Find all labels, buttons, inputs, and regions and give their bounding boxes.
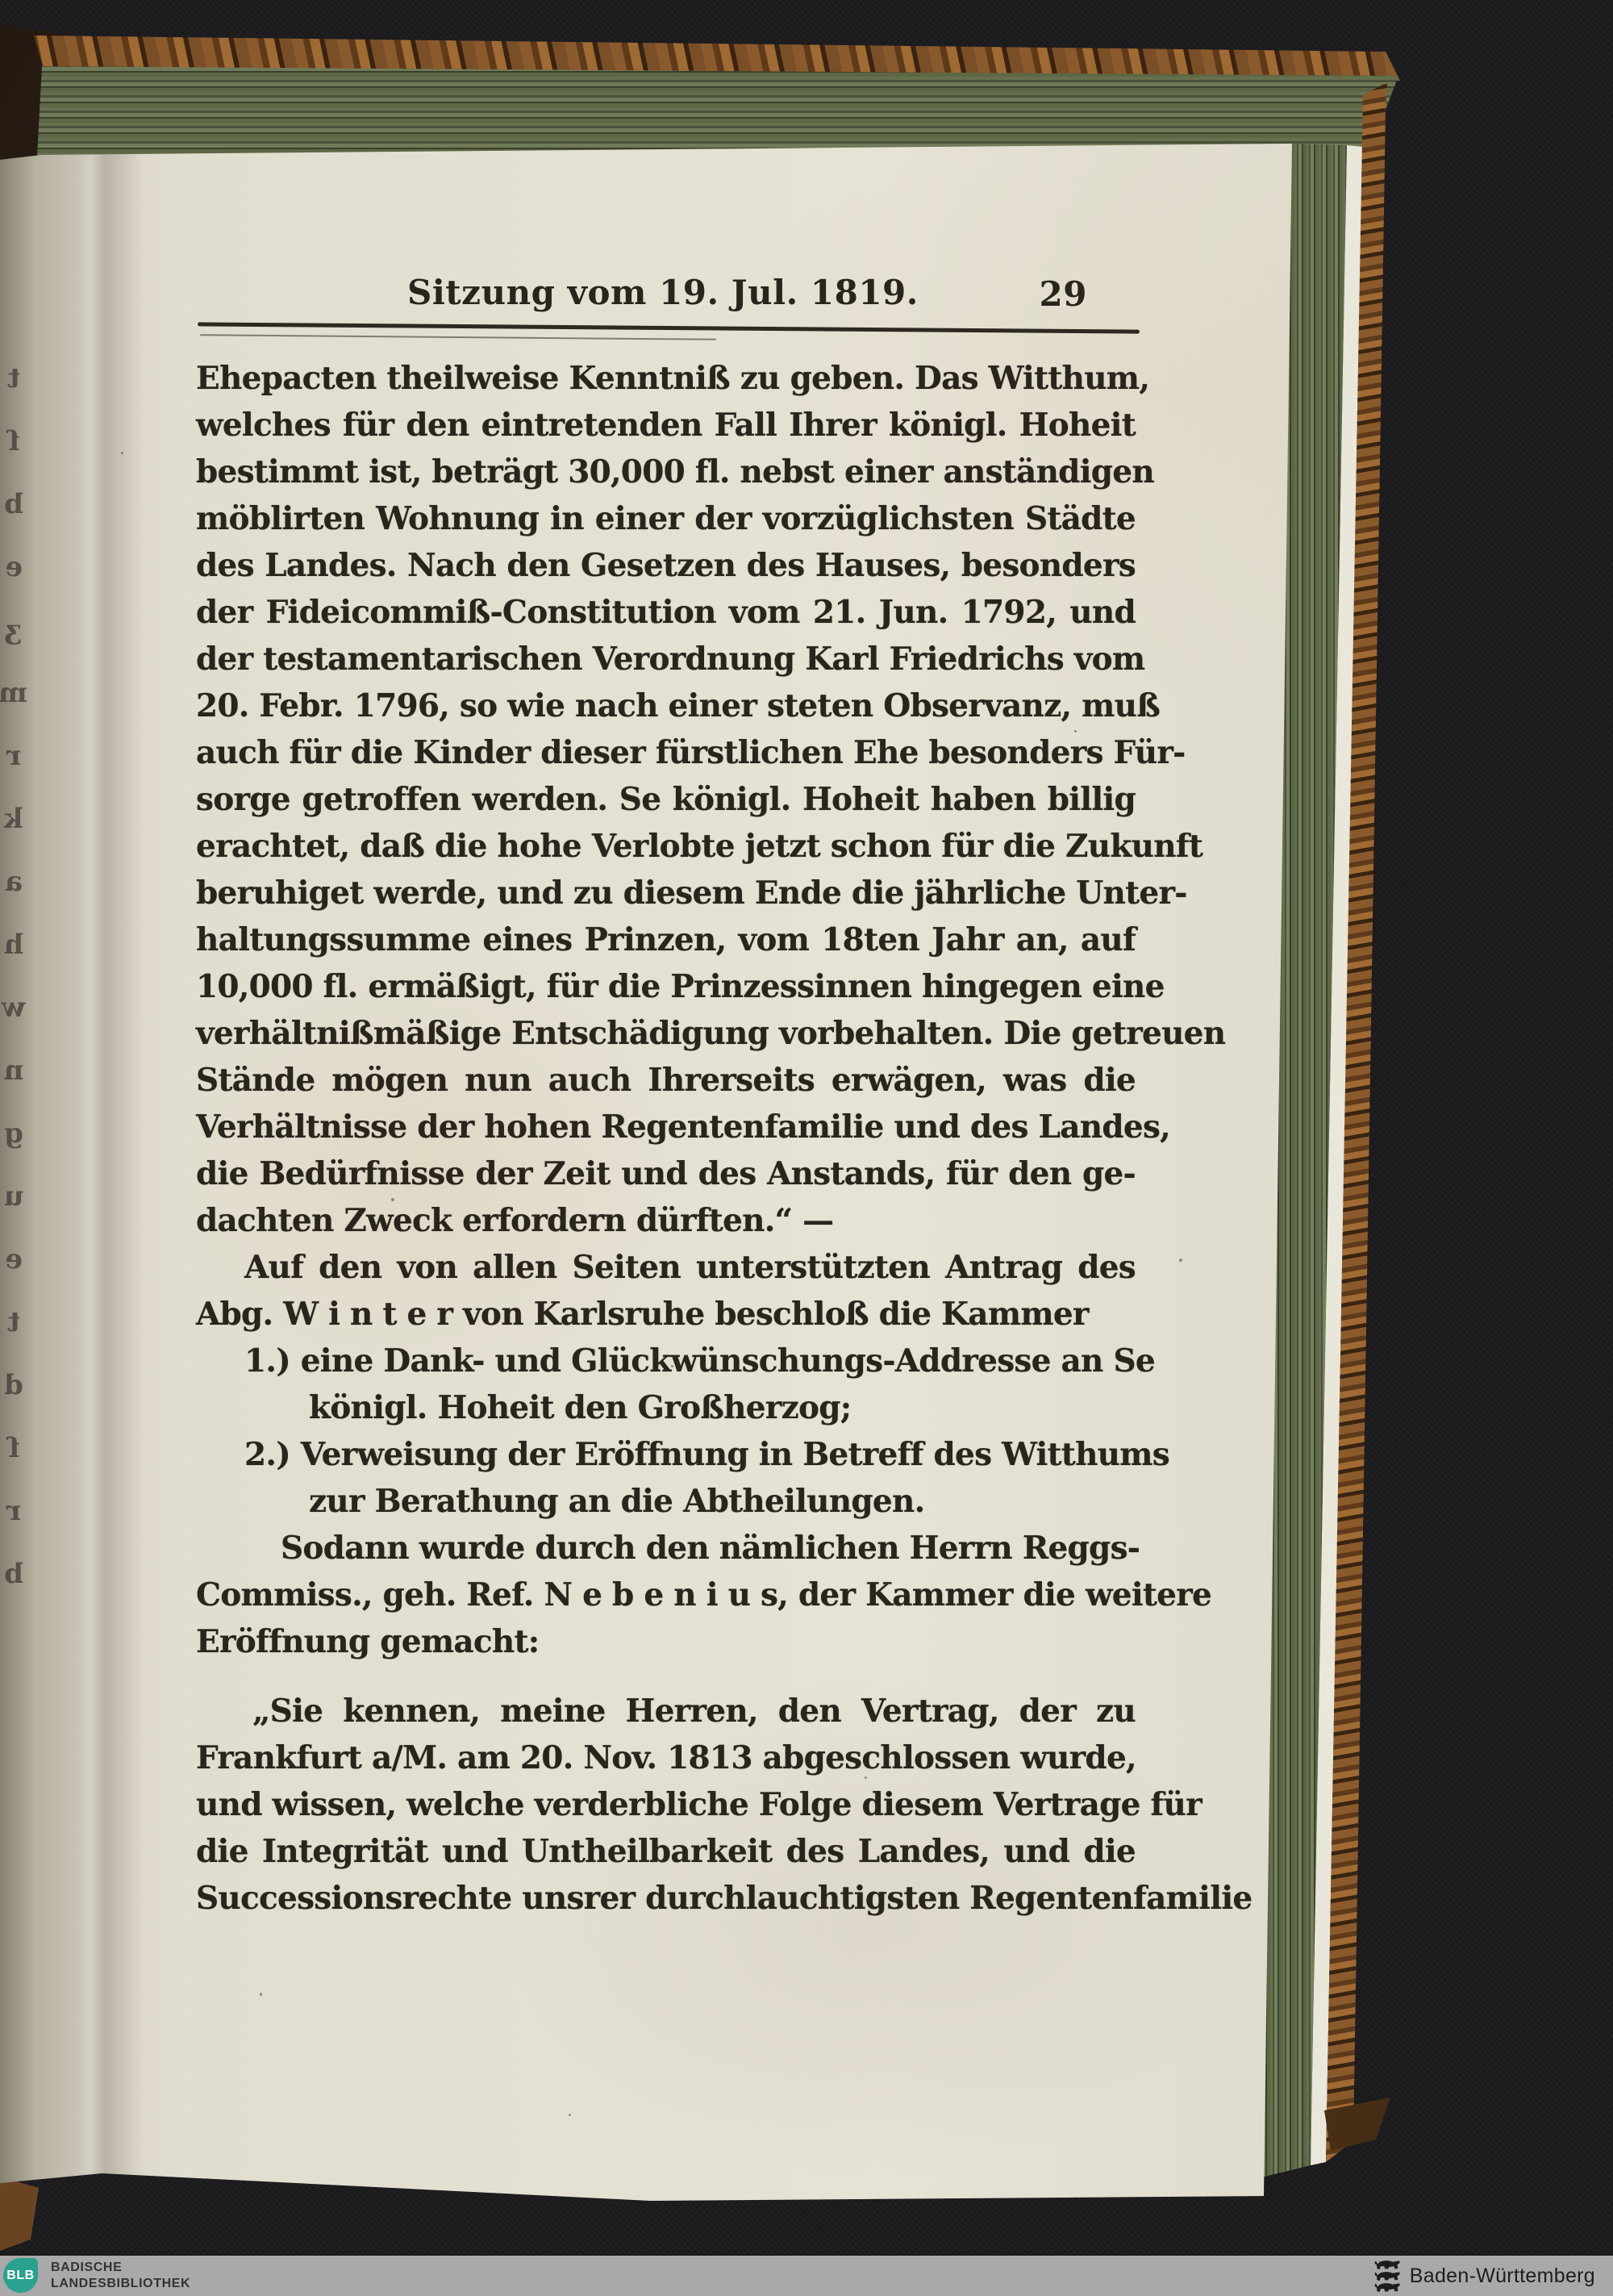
bleedthrough-glyph: a xyxy=(0,850,27,913)
bleedthrough-glyph: k xyxy=(0,787,27,850)
book-scan-photo: tſbeʒmrkahwnguetdſrb Sitzung vom 19. Jul… xyxy=(0,0,1613,2296)
bleedthrough-glyph: h xyxy=(0,913,27,976)
paper-speck xyxy=(569,2114,571,2116)
baden-wuerttemberg-label: Baden-Württemberg xyxy=(1410,2265,1595,2288)
text-line: dachten Zweck erfordern dürften.“ — xyxy=(196,1197,1136,1244)
bleedthrough-glyph: w xyxy=(0,976,27,1039)
bleedthrough-glyph: d xyxy=(0,1354,27,1417)
text-line: 1.) eine Dank- und Glückwünschungs-Addre… xyxy=(196,1338,1136,1384)
text-line: 10,000 fl. ermäßigt, für die Prinzessinn… xyxy=(196,963,1136,1010)
blb-logo: BLB BADISCHE LANDESBIBLIOTHEK xyxy=(3,2258,190,2293)
text-line: Auf den von allen Seiten unterstützten A… xyxy=(196,1244,1136,1291)
text-line: auch für die Kinder dieser fürstlichen E… xyxy=(196,729,1136,776)
bleedthrough-glyph: t xyxy=(0,1291,27,1354)
blb-library-name-line2: LANDESBIBLIOTHEK xyxy=(51,2276,190,2292)
paper-speck xyxy=(260,1993,262,1996)
text-line: und wissen, welche verderbliche Folge di… xyxy=(196,1781,1136,1828)
text-line: beruhiget werde, und zu diesem Ende die … xyxy=(196,870,1136,916)
text-line: der testamentarischen Verordnung Karl Fr… xyxy=(196,636,1136,683)
three-lions-coat-of-arms-icon xyxy=(1373,2260,1402,2293)
gutter-bleedthrough-text: tſbeʒmrkahwnguetdſrb xyxy=(0,347,27,1605)
bleedthrough-glyph: t xyxy=(0,347,27,410)
text-line: bestimmt ist, beträgt 30,000 fl. nebst e… xyxy=(196,449,1136,495)
text-line: Commiss., geh. Ref. N e b e n i u s, der… xyxy=(196,1572,1136,1618)
bleedthrough-glyph: ſ xyxy=(0,1417,27,1480)
bleedthrough-glyph: ſ xyxy=(0,410,27,473)
text-line: „Sie kennen, meine Herren, den Vertrag, … xyxy=(196,1688,1136,1735)
bleedthrough-glyph: e xyxy=(0,536,27,599)
text-line: 20. Febr. 1796, so wie nach einer steten… xyxy=(196,683,1136,729)
text-line: die Integrität und Untheilbarkeit des La… xyxy=(196,1828,1136,1875)
bleedthrough-glyph: r xyxy=(0,724,27,787)
text-line: Verhältnisse der hohen Regentenfamilie u… xyxy=(196,1104,1136,1150)
text-line: der Fideicommiß-Constitution vom 21. Jun… xyxy=(196,589,1136,636)
paper-speck xyxy=(121,452,123,454)
text-line: Stände mögen nun auch Ihrerseits erwägen… xyxy=(196,1057,1136,1104)
paper-speck xyxy=(1179,1259,1182,1262)
paper-speck xyxy=(671,1365,673,1367)
text-line: welches für den eintretenden Fall Ihrer … xyxy=(196,402,1136,449)
library-footer-bar: BLB BADISCHE LANDESBIBLIOTHEK Baden-Würt… xyxy=(0,2256,1613,2296)
bleedthrough-glyph: g xyxy=(0,1102,27,1165)
session-heading: Sitzung vom 19. Jul. 1819. xyxy=(407,273,919,312)
text-line: sorge getroffen werden. Se königl. Hohei… xyxy=(196,776,1136,823)
text-line: erachtet, daß die hohe Verlobte jetzt sc… xyxy=(196,823,1136,870)
paper-speck xyxy=(1074,730,1077,733)
text-line: Abg. W i n t e r von Karlsruhe beschloß … xyxy=(196,1291,1136,1338)
paper-speck xyxy=(865,1776,867,1779)
bleedthrough-glyph: ʒ xyxy=(0,599,27,662)
text-line: Sodann wurde durch den nämlichen Herrn R… xyxy=(196,1525,1136,1572)
paper-speck xyxy=(391,1198,394,1201)
text-line: die Bedürfnisse der Zeit und des Anstand… xyxy=(196,1150,1136,1197)
text-line: möblirten Wohnung in einer der vorzüglic… xyxy=(196,495,1136,542)
text-line: zur Berathung an die Abtheilungen. xyxy=(196,1478,1136,1525)
text-line: königl. Hoheit den Großherzog; xyxy=(196,1384,1136,1431)
text-line: Eröffnung gemacht: xyxy=(196,1618,1136,1665)
text-line: haltungssumme eines Prinzen, vom 18ten J… xyxy=(196,916,1136,963)
bleedthrough-glyph: e xyxy=(0,1228,27,1291)
text-line: Ehepacten theilweise Kenntniß zu geben. … xyxy=(196,355,1136,402)
text-line: des Landes. Nach den Gesetzen des Hauses… xyxy=(196,542,1136,589)
header-rule xyxy=(198,322,1140,333)
bleedthrough-glyph: b xyxy=(0,1542,27,1605)
text-line: verhältnißmäßige Entschädigung vorbehalt… xyxy=(196,1010,1136,1057)
blb-badge-icon: BLB xyxy=(3,2258,38,2293)
blb-library-name: BADISCHE LANDESBIBLIOTHEK xyxy=(51,2260,190,2292)
bleedthrough-glyph: b xyxy=(0,473,27,536)
bleedthrough-glyph: n xyxy=(0,1039,27,1102)
page-text: Ehepacten theilweise Kenntniß zu geben. … xyxy=(196,355,1136,1922)
baden-wuerttemberg-logo: Baden-Württemberg xyxy=(1373,2256,1595,2296)
bleedthrough-glyph: m xyxy=(0,662,27,724)
bleedthrough-glyph: r xyxy=(0,1480,27,1542)
page-number: 29 xyxy=(1040,274,1087,314)
bleedthrough-glyph: u xyxy=(0,1165,27,1228)
blb-library-name-line1: BADISCHE xyxy=(51,2260,190,2276)
text-line: 2.) Verweisung der Eröffnung in Betreff … xyxy=(196,1431,1136,1478)
text-line: Frankfurt a/M. am 20. Nov. 1813 abgeschl… xyxy=(196,1735,1136,1781)
header-rule-shadow xyxy=(200,334,716,340)
text-line: Successionsrechte unsrer durchlauchtigst… xyxy=(196,1875,1136,1922)
page-header: Sitzung vom 19. Jul. 1819. 29 xyxy=(196,273,1136,321)
